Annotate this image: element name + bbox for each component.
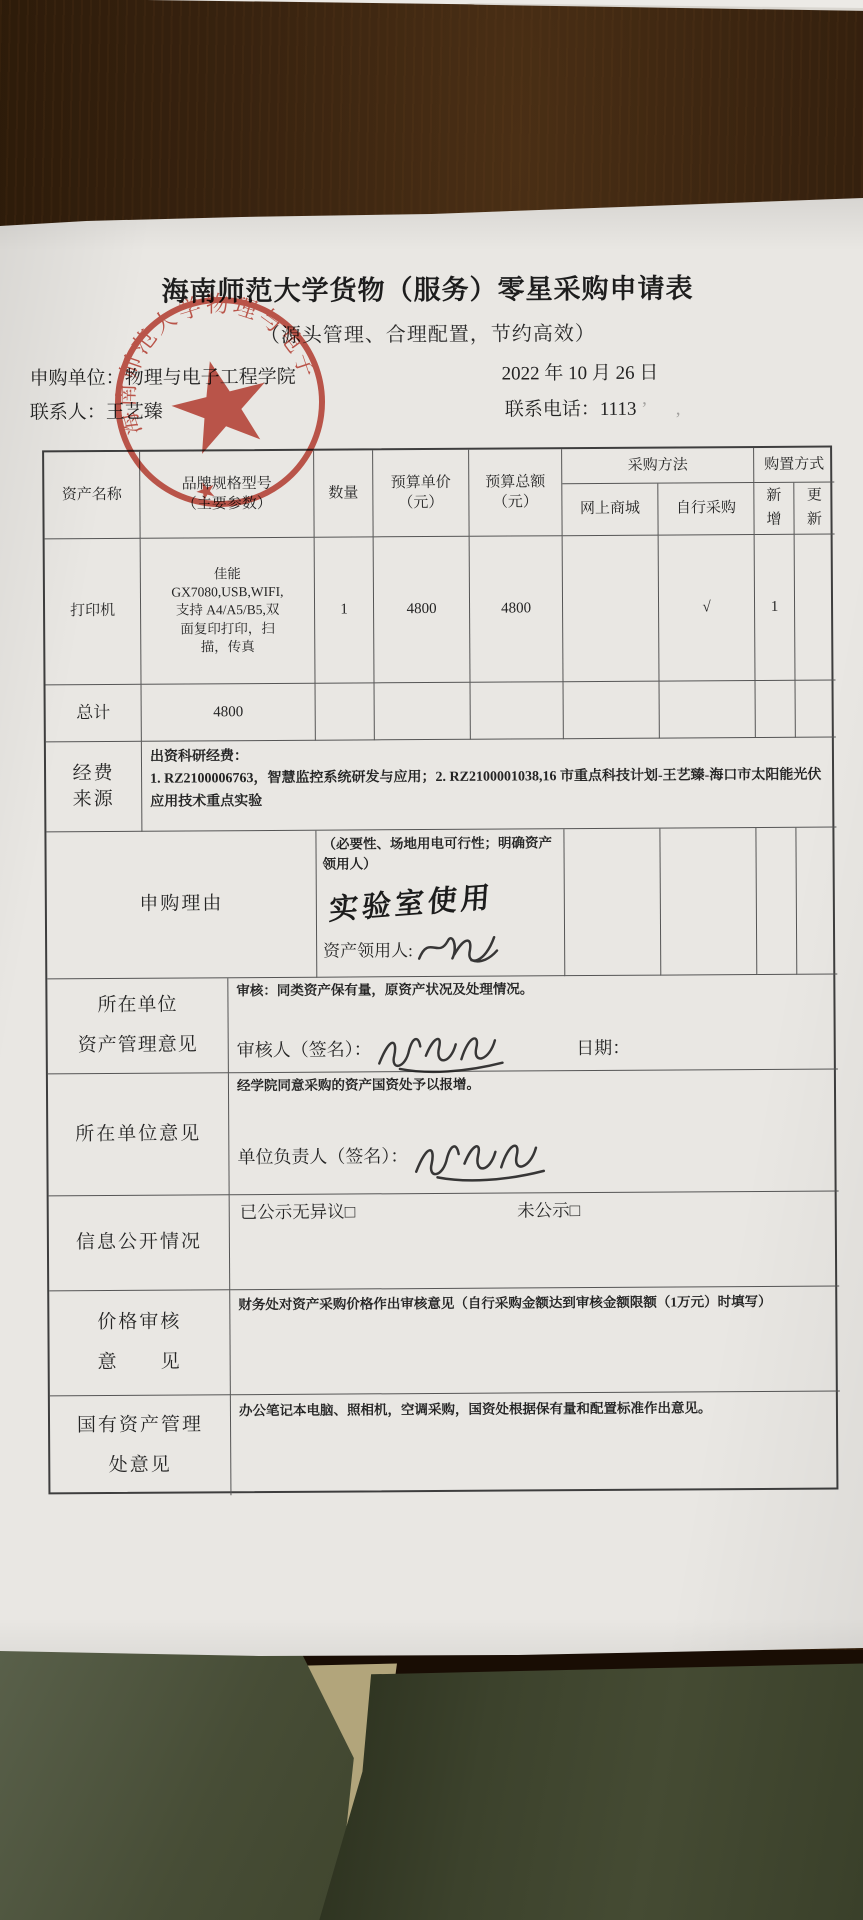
total-empty-cell	[375, 683, 471, 741]
signature-scribble	[413, 929, 501, 968]
desk-front-edge	[0, 1650, 863, 1920]
phone-smudge: ’ ‚	[641, 398, 693, 420]
photo-of-procurement-form: 海南师范大学货物（服务）零星采购申请表 （源头管理、合理配置，节约高效） 申购单…	[0, 0, 863, 1920]
reason-content: （必要性、场地用电可行性；明确资产领用人） 实验室使用 资产领用人:	[316, 829, 565, 978]
publicity-content: 已公示无异议□ 未公示□	[230, 1192, 840, 1291]
reason-hint: （必要性、场地用电可行性；明确资产领用人）	[322, 833, 557, 875]
seal-star-icon	[163, 350, 277, 459]
header-new-add: 新增	[754, 483, 794, 535]
reason-empty-cell	[660, 828, 757, 976]
reason-empty-cell	[564, 829, 661, 977]
phone-label: 联系电话：	[505, 399, 600, 421]
procurement-table: 资产名称 品牌规格型号 （主要参数） 数量 预算单价 （元） 预算总额 （元） …	[42, 446, 838, 1495]
total-amount: 4800	[142, 684, 316, 742]
price-review-label: 价格审核 意 见	[49, 1290, 231, 1396]
funding-content: 出资科研经费： 1. RZ2100006763，智慧监控系统研发与应用；2. R…	[142, 738, 837, 832]
header-self-purchase: 自行采购	[658, 483, 754, 536]
reason-handwriting: 实验室使用	[328, 878, 495, 930]
contact-label: 联系人：	[30, 402, 106, 423]
header-acquire-mode: 购置方式	[754, 448, 834, 483]
item-new-add-count: 1	[755, 535, 796, 681]
header-purchase-method: 采购方法	[562, 448, 754, 484]
total-empty-cell	[564, 682, 660, 740]
unit-opinion-hint: 经学院同意采购的资产国资处予以报增。	[237, 1074, 830, 1096]
total-label: 总计	[46, 685, 142, 743]
item-quantity: 1	[315, 537, 375, 683]
header-online-mall: 网上商城	[562, 484, 658, 537]
reason-label: 申购理由	[46, 831, 317, 980]
unit-opinion-content: 经学院同意采购的资产国资处予以报增。 单位负责人（签名）：	[229, 1070, 839, 1196]
reason-empty-cell	[756, 828, 797, 975]
unit-head-sign-label: 单位负责人（签名）：	[237, 1146, 408, 1167]
date-label: 日期：	[576, 1038, 630, 1058]
item-asset-name: 打印机	[45, 539, 142, 686]
funding-label: 经费 来源	[46, 742, 143, 833]
item-self-purchase-check: √	[659, 535, 756, 682]
contact-phone-line: 联系电话：1113 ’ ‚	[505, 393, 694, 421]
state-asset-hint: 办公笔记本电脑、照相机，空调采购，国资处根据保有量和配置标准作出意见。	[231, 1392, 841, 1496]
reason-empty-cell	[796, 828, 837, 975]
signature-scribble	[408, 1133, 553, 1184]
publicity-option-published: 已公示无异议□	[240, 1201, 356, 1222]
unit-asset-hint: 审核：同类资产保有量，原资产状况及处理情况。	[236, 979, 829, 1001]
reason-recipient-line: 资产领用人:	[323, 929, 558, 968]
unit-asset-content: 审核：同类资产保有量，原资产状况及处理情况。 审核人（签名）： 日期：	[228, 975, 838, 1074]
item-spec: 佳能 GX7080,USB,WIFI, 支持 A4/A5/B5,双 面复印打印，…	[141, 538, 316, 685]
total-empty-cell	[756, 681, 796, 738]
item-renew-empty	[795, 535, 836, 681]
item-unit-price: 4800	[374, 537, 471, 684]
reason-handwriting-wrap: 实验室使用	[329, 884, 558, 925]
header-renew: 更新	[794, 483, 834, 535]
publicity-label: 信息公开情况	[49, 1195, 231, 1291]
unit-opinion-sign-line: 单位负责人（签名）：	[237, 1132, 830, 1186]
price-review-hint: 财务处对资产采购价格作出审核意见（自行采购金额达到审核金额限额（1万元）时填写）	[230, 1287, 840, 1396]
funding-line2: 1. RZ2100006763，智慧监控系统研发与应用；2. RZ2100001…	[150, 765, 828, 814]
item-online-mall-empty	[563, 536, 660, 683]
signature-scribble	[372, 1027, 512, 1076]
publicity-option-unpublished: 未公示□	[517, 1200, 580, 1220]
header-unit-price: 预算单价 （元）	[373, 450, 470, 538]
total-empty-cell	[796, 681, 836, 738]
unit-asset-sign-line: 审核人（签名）： 日期：	[237, 1025, 830, 1077]
application-date: 2022 年 10 月 26 日	[502, 358, 659, 386]
reviewer-sign-label: 审核人（签名）：	[237, 1040, 372, 1061]
header-renew-text: 更新	[806, 485, 823, 532]
reason-recipient-label: 资产领用人:	[323, 941, 413, 961]
unit-opinion-label: 所在单位意见	[48, 1073, 230, 1196]
total-empty-cell	[316, 683, 375, 740]
state-asset-label: 国有资产管理 处意见	[50, 1395, 232, 1496]
total-empty-cell	[471, 682, 564, 740]
funding-text: 出资科研经费： 1. RZ2100006763，智慧监控系统研发与应用；2. R…	[150, 743, 828, 814]
unit-asset-label: 所在单位 资产管理意见	[47, 978, 229, 1074]
item-total-price: 4800	[470, 536, 564, 683]
phone-value: 1113	[600, 399, 637, 420]
header-total-price: 预算总额 （元）	[469, 449, 563, 537]
header-new-add-text: 新增	[766, 485, 783, 532]
total-empty-cell	[660, 681, 756, 739]
